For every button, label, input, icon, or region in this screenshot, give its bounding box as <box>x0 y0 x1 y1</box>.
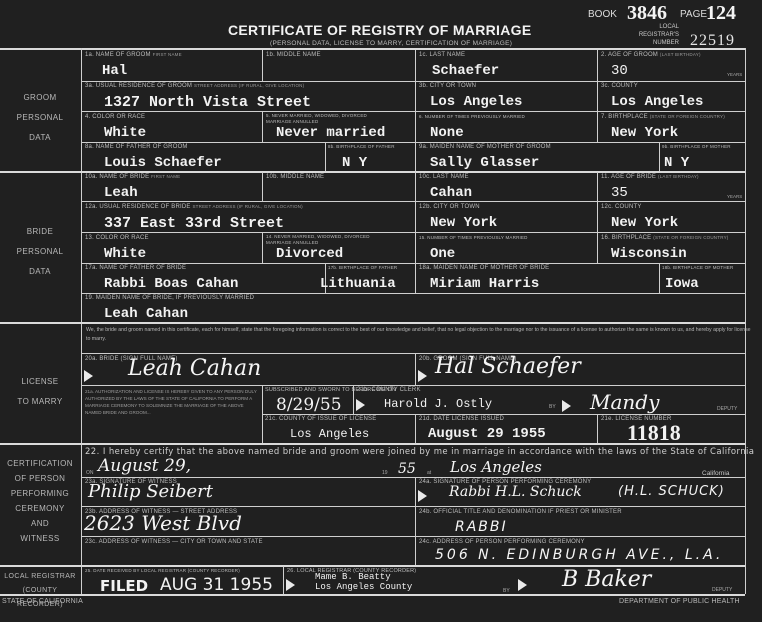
marriage-certificate: CERTIFICATE OF REGISTRY OF MARRIAGE (PER… <box>0 0 762 622</box>
document-subtitle: (PERSONAL DATA, LICENSE TO MARRY, CERTIF… <box>270 40 512 47</box>
section-label-registrar: LOCAL REGISTRAR (COUNTY RECORDER) <box>0 570 80 612</box>
groom-father-birthplace-label: 8b. BIRTHPLACE OF FATHER <box>328 144 395 149</box>
groom-middle-name-label: 1b. MIDDLE NAME <box>266 52 321 58</box>
bride-birthplace: Wisconsin <box>611 246 687 262</box>
bride-maiden-label: 19. MAIDEN NAME OF BRIDE, IF PREVIOUSLY … <box>85 295 254 301</box>
divider <box>415 477 416 565</box>
arrow-icon <box>418 370 427 382</box>
bride-signature: Leah Cahan <box>128 356 261 381</box>
officiant-signature: Rabbi H.L. Schuck <box>449 484 582 500</box>
divider <box>325 142 326 171</box>
bride-county-label: 12c. COUNTY <box>601 204 642 210</box>
document-title: CERTIFICATE OF REGISTRY OF MARRIAGE <box>228 22 531 38</box>
groom-marital-status: Never married <box>276 125 385 141</box>
bride-color: White <box>104 246 146 262</box>
divider <box>81 142 745 143</box>
divider <box>262 385 263 443</box>
groom-mother-birthplace: N Y <box>664 155 689 171</box>
officiant-title: RABBI <box>455 519 508 535</box>
groom-first-name-label: 1a. NAME OF GROOM FIRST NAME <box>85 52 182 58</box>
by-label: BY <box>503 588 510 594</box>
registrar-deputy-signature: B Baker <box>562 567 651 592</box>
bride-father: Rabbi Boas Cahan <box>104 276 238 292</box>
officiant-title-label: 24b. OFFICIAL TITLE AND DENOMINATION IF … <box>419 509 622 515</box>
witness-signature: Philip Seibert <box>88 481 213 502</box>
section-label-certification: CERTIFICATION OF PERSON PERFORMING CEREM… <box>0 456 80 546</box>
registrar-county: Los Angeles County <box>315 582 412 592</box>
divider <box>81 536 745 537</box>
divider <box>597 172 598 263</box>
divider <box>415 172 416 293</box>
groom-years-label: YEARS <box>727 72 742 77</box>
license-number: 11818 <box>627 420 681 446</box>
bride-city: New York <box>430 215 497 231</box>
groom-father-label: 8a. NAME OF FATHER OF GROOM <box>85 144 188 150</box>
registrar-label-registrars: REGISTRAR'S <box>620 31 679 39</box>
bride-mother: Miriam Harris <box>430 276 539 292</box>
at-label: at <box>427 470 431 476</box>
groom-mother-birthplace-label: 9b. BIRTHPLACE OF MOTHER <box>662 144 731 149</box>
groom-times-married-label: 6. NUMBER OF TIMES PREVIOUSLY MARRIED <box>419 114 525 119</box>
divider <box>81 81 745 82</box>
groom-last-name: Schaefer <box>432 63 499 79</box>
bride-times-married: One <box>430 246 455 262</box>
bride-father-label: 17a. NAME OF FATHER OF BRIDE <box>85 265 186 271</box>
groom-color: White <box>104 125 146 141</box>
groom-marital-label: 5. NEVER MARRIED, WIDOWED, DIVORCEDMARRI… <box>266 113 367 125</box>
authorization-text: 21a. AUTHORIZATION AND LICENSE IS HEREBY… <box>85 388 259 442</box>
bride-birthplace-label: 16. BIRTHPLACE (STATE OR FOREIGN COUNTRY… <box>601 235 728 241</box>
date-issued: August 29 1955 <box>428 426 546 442</box>
declaration-text: We, the bride and groom named in this ce… <box>86 326 756 344</box>
bride-mother-label: 18a. MAIDEN NAME OF MOTHER OF BRIDE <box>419 265 549 271</box>
divider <box>81 48 82 594</box>
divider <box>0 322 745 324</box>
groom-birthplace-label: 7. BIRTHPLACE (STATE OR FOREIGN COUNTRY) <box>601 114 725 120</box>
officiant-address-label: 24c. ADDRESS OF PERSON PERFORMING CEREMO… <box>419 539 585 545</box>
by-label: BY <box>549 404 556 410</box>
bride-last-name: Cahan <box>430 185 472 201</box>
divider <box>745 48 746 594</box>
divider <box>262 111 263 142</box>
groom-first-name: Hal <box>102 63 127 79</box>
ceremony-place: Los Angeles <box>450 458 542 476</box>
groom-color-label: 4. COLOR OR RACE <box>85 114 145 120</box>
groom-county: Los Angeles <box>611 94 703 110</box>
bride-father-birthplace: Lithuania <box>320 276 396 292</box>
groom-father-birthplace: N Y <box>342 155 367 171</box>
deputy-clerk-signature: Mandy <box>590 390 659 414</box>
groom-city: Los Angeles <box>430 94 522 110</box>
groom-county-label: 3c. COUNTY <box>601 83 638 89</box>
divider <box>0 171 745 173</box>
sworn-date: 8/29/55 <box>276 395 342 415</box>
filed-date: AUG 31 1955 <box>160 575 273 595</box>
page-number: 124 <box>706 2 736 25</box>
ceremony-date: August 29, <box>98 456 191 476</box>
county-issue: Los Angeles <box>290 427 369 441</box>
divider <box>81 477 745 478</box>
groom-signature: Hal Schaefer <box>435 354 581 379</box>
arrow-icon <box>562 400 571 412</box>
bride-mother-birthplace-label: 18b. BIRTHPLACE OF MOTHER <box>662 265 733 270</box>
registrar-label-local: LOCAL <box>655 23 679 31</box>
groom-mother-label: 9a. MAIDEN NAME OF MOTHER OF GROOM <box>419 144 551 150</box>
divider <box>81 232 745 233</box>
book-label: BOOK <box>588 9 617 20</box>
bride-color-label: 13. COLOR OR RACE <box>85 235 149 241</box>
section-label-bride: BRIDE PERSONAL DATA <box>0 222 80 282</box>
witness-city-label: 23c. ADDRESS OF WITNESS — CITY OR TOWN A… <box>85 539 263 545</box>
divider <box>283 566 284 594</box>
bride-last-name-label: 10c. LAST NAME <box>419 174 469 180</box>
date-received-label: 25. DATE RECEIVED BY LOCAL REGISTRAR (CO… <box>85 568 240 573</box>
divider <box>262 232 263 263</box>
section-label-license: LICENSE TO MARRY <box>0 372 80 412</box>
bride-residence-label: 12a. USUAL RESIDENCE OF BRIDE STREET ADD… <box>85 204 303 210</box>
ceremony-year: 55 <box>398 461 416 477</box>
divider <box>262 172 263 201</box>
groom-times-married: None <box>430 125 464 141</box>
on-label: ON <box>86 470 94 476</box>
groom-residence: 1327 North Vista Street <box>104 94 311 111</box>
county-clerk: Harold J. Ostly <box>384 397 492 411</box>
officiant-address: 506 N. EDINBURGH AVE., L.A. <box>435 547 723 563</box>
arrow-icon <box>84 370 93 382</box>
registrar-name: Mame B. Beatty <box>315 572 391 582</box>
arrow-icon <box>356 399 365 411</box>
divider <box>659 263 660 293</box>
bride-father-birthplace-label: 17b. BIRTHPLACE OF FATHER <box>328 265 397 270</box>
divider <box>415 50 416 171</box>
divider <box>415 414 416 443</box>
footer-state: STATE OF CALIFORNIA <box>2 598 83 605</box>
book-number: 3846 <box>627 2 667 25</box>
groom-mother: Sally Glasser <box>430 155 539 171</box>
divider <box>0 48 745 50</box>
bride-residence: 337 East 33rd Street <box>104 215 284 232</box>
bride-marital-label: 14. NEVER MARRIED, WIDOWED, DIVORCEDMARR… <box>266 234 370 246</box>
bride-age: 35 <box>611 185 628 201</box>
divider <box>597 414 598 443</box>
year-prefix: 19 <box>382 470 388 476</box>
officiant-printed-name: (H.L. SCHUCK) <box>618 484 725 499</box>
bride-years-label: YEARS <box>727 194 742 199</box>
divider <box>659 142 660 171</box>
deputy-label: DEPUTY <box>717 406 737 412</box>
bride-county: New York <box>611 215 678 231</box>
groom-residence-label: 3a. USUAL RESIDENCE OF GROOM STREET ADDR… <box>85 83 304 89</box>
footer-department: DEPARTMENT OF PUBLIC HEALTH <box>619 598 740 605</box>
deputy-label: DEPUTY <box>712 587 732 593</box>
divider <box>597 50 598 142</box>
groom-city-label: 3b. CITY OR TOWN <box>419 83 476 89</box>
groom-age-label: 2. AGE OF GROOM (LAST BIRTHDAY) <box>601 52 701 58</box>
divider <box>415 353 416 385</box>
page-label: PAGE <box>680 9 707 20</box>
groom-father: Louis Schaefer <box>104 155 222 171</box>
divider <box>81 506 745 507</box>
date-issued-label: 21d. DATE LICENSE ISSUED <box>419 416 504 422</box>
bride-marital-status: Divorced <box>276 246 343 262</box>
arrow-icon <box>286 579 295 591</box>
registrar-label-number: NUMBER <box>640 39 679 47</box>
divider <box>81 263 745 264</box>
witness-address: 2623 West Blvd <box>84 511 242 535</box>
divider <box>81 385 745 386</box>
divider <box>81 111 745 112</box>
arrow-icon <box>518 579 527 591</box>
county-issue-label: 21c. COUNTY OF ISSUE OF LICENSE <box>265 416 376 422</box>
section-label-groom: GROOM PERSONAL DATA <box>0 88 80 148</box>
divider <box>81 353 745 354</box>
bride-middle-name-label: 10b. MIDDLE NAME <box>266 174 324 180</box>
divider <box>81 293 745 294</box>
groom-age: 30 <box>611 63 628 79</box>
bride-maiden-name: Leah Cahan <box>104 306 188 322</box>
ceremony-state: California <box>702 470 729 477</box>
bride-age-label: 11. AGE OF BRIDE (LAST BIRTHDAY) <box>601 174 699 180</box>
arrow-icon <box>418 490 427 502</box>
bride-times-married-label: 15. NUMBER OF TIMES PREVIOUSLY MARRIED <box>419 235 528 240</box>
divider <box>81 201 745 202</box>
county-clerk-label: 21b. COUNTY CLERK <box>357 387 421 393</box>
groom-birthplace: New York <box>611 125 678 141</box>
bride-first-name-label: 10a. NAME OF BRIDE FIRST NAME <box>85 174 180 180</box>
bride-first-name: Leah <box>104 185 138 201</box>
bride-city-label: 12b. CITY OR TOWN <box>419 204 480 210</box>
bride-mother-birthplace: Iowa <box>665 276 699 292</box>
groom-last-name-label: 1c. LAST NAME <box>419 52 465 58</box>
divider <box>262 50 263 81</box>
filed-label: FILED <box>100 577 148 595</box>
